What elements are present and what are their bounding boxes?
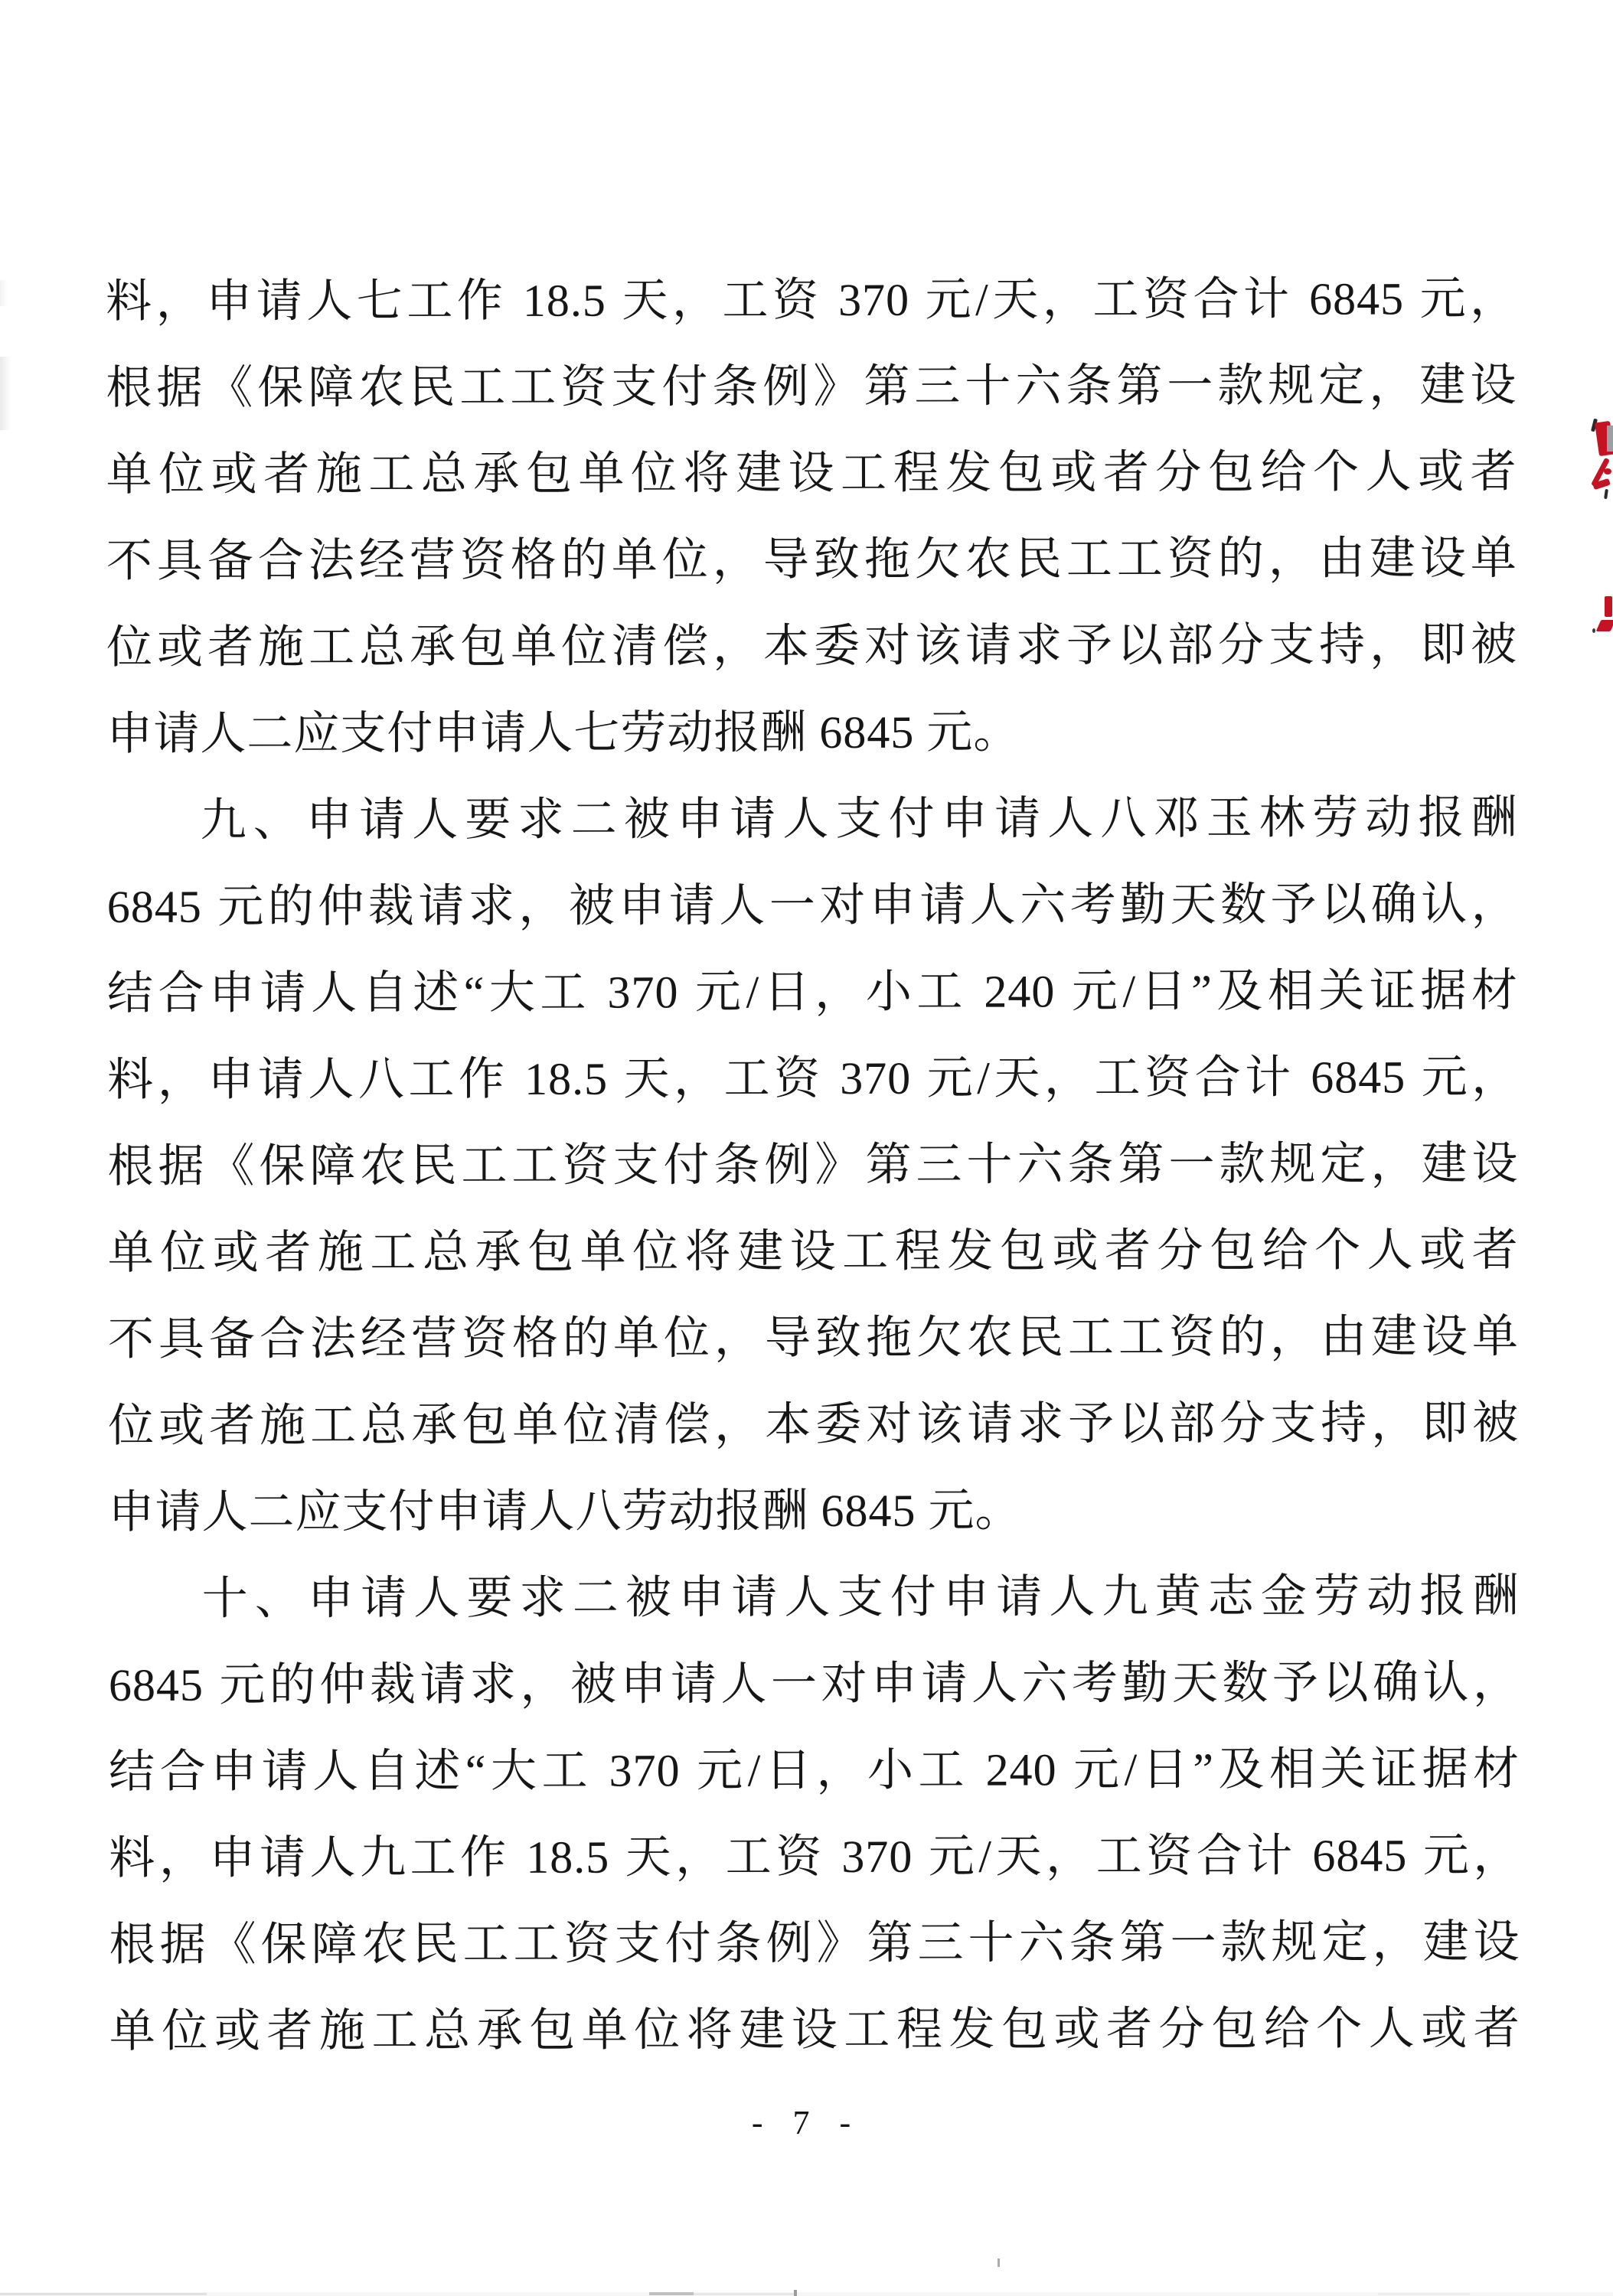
document-line: 申请人二应支付申请人八劳动报酬 6845 元。 [108, 1466, 1519, 1556]
document-line: 料，申请人八工作 18.5 天，工资 370 元/天，工资合计 6845 元， [107, 1034, 1518, 1124]
document-line: 申请人二应支付申请人七劳动报酬 6845 元。 [106, 688, 1517, 778]
document-line: 根据《保障农民工工资支付条例》第三十六条第一款规定，建设 [107, 1120, 1518, 1210]
red-seal-fragment [1604, 468, 1611, 475]
document-line: 十、申请人要求二被申请人支付申请人九黄志金劳动报酬 [109, 1553, 1520, 1642]
document-line: 不具备合法经营资格的单位，导致拖欠农民工工资的，由建设单 [108, 1293, 1519, 1383]
scan-edge-line [1378, 2293, 1470, 2295]
document-line: 料，申请人九工作 18.5 天，工资 370 元/天，工资合计 6845 元， [109, 1812, 1520, 1902]
document-line: 6845 元的仲裁请求，被申请人一对申请人六考勤天数予以确认， [107, 861, 1518, 951]
scan-edge-line [0, 2292, 1613, 2296]
ink-fragment [1604, 489, 1608, 499]
red-seal-fragment [1596, 620, 1613, 631]
scan-edge-line [794, 2290, 797, 2296]
document-line: 结合申请人自述“大工 370 元/日，小工 240 元/日”及相关证据材 [107, 947, 1518, 1037]
document-line: 根据《保障农民工工资支付条例》第三十六条第一款规定，建设 [109, 1899, 1520, 1988]
ink-fragment [1592, 628, 1595, 633]
scanned-document-page: 料，申请人七工作 18.5 天，工资 370 元/天，工资合计 6845 元，根… [0, 0, 1613, 2296]
document-line: 料，申请人七工作 18.5 天，工资 370 元/天，工资合计 6845 元， [106, 256, 1517, 345]
scan-edge-line [0, 2293, 207, 2295]
document-line: 6845 元的仲裁请求，被申请人一对申请人六考勤天数予以确认， [109, 1639, 1520, 1729]
scan-smudge [0, 280, 8, 306]
red-seal-fragment [1605, 596, 1612, 617]
document-line: 不具备合法经营资格的单位，导致拖欠农民工工资的，由建设单 [106, 515, 1517, 605]
scan-smudge [0, 357, 11, 430]
document-line: 结合申请人自述“大工 370 元/日，小工 240 元/日”及相关证据材 [109, 1726, 1520, 1815]
ink-fragment [1607, 426, 1613, 452]
document-line: 单位或者施工总承包单位将建设工程发包或者分包给个人或者 [106, 429, 1517, 518]
scan-edge-line [649, 2292, 694, 2295]
document-lines: 料，申请人七工作 18.5 天，工资 370 元/天，工资合计 6845 元，根… [106, 256, 1520, 2075]
scan-edge-line [998, 2258, 1000, 2267]
page-number: - 7 - [0, 2103, 1613, 2142]
document-line: 九、申请人要求二被申请人支付申请人八邓玉林劳动报酬 [106, 775, 1517, 864]
document-line: 单位或者施工总承包单位将建设工程发包或者分包给个人或者 [109, 1985, 1520, 2075]
document-line: 单位或者施工总承包单位将建设工程发包或者分包给个人或者 [108, 1207, 1519, 1296]
document-line: 位或者施工总承包单位清偿，本委对该请求予以部分支持，即被 [106, 602, 1517, 691]
scan-edge-line [694, 2293, 795, 2295]
document-line: 根据《保障农民工工资支付条例》第三十六条第一款规定，建设 [106, 342, 1517, 432]
document-line: 位或者施工总承包单位清偿，本委对该请求予以部分支持，即被 [108, 1380, 1519, 1469]
